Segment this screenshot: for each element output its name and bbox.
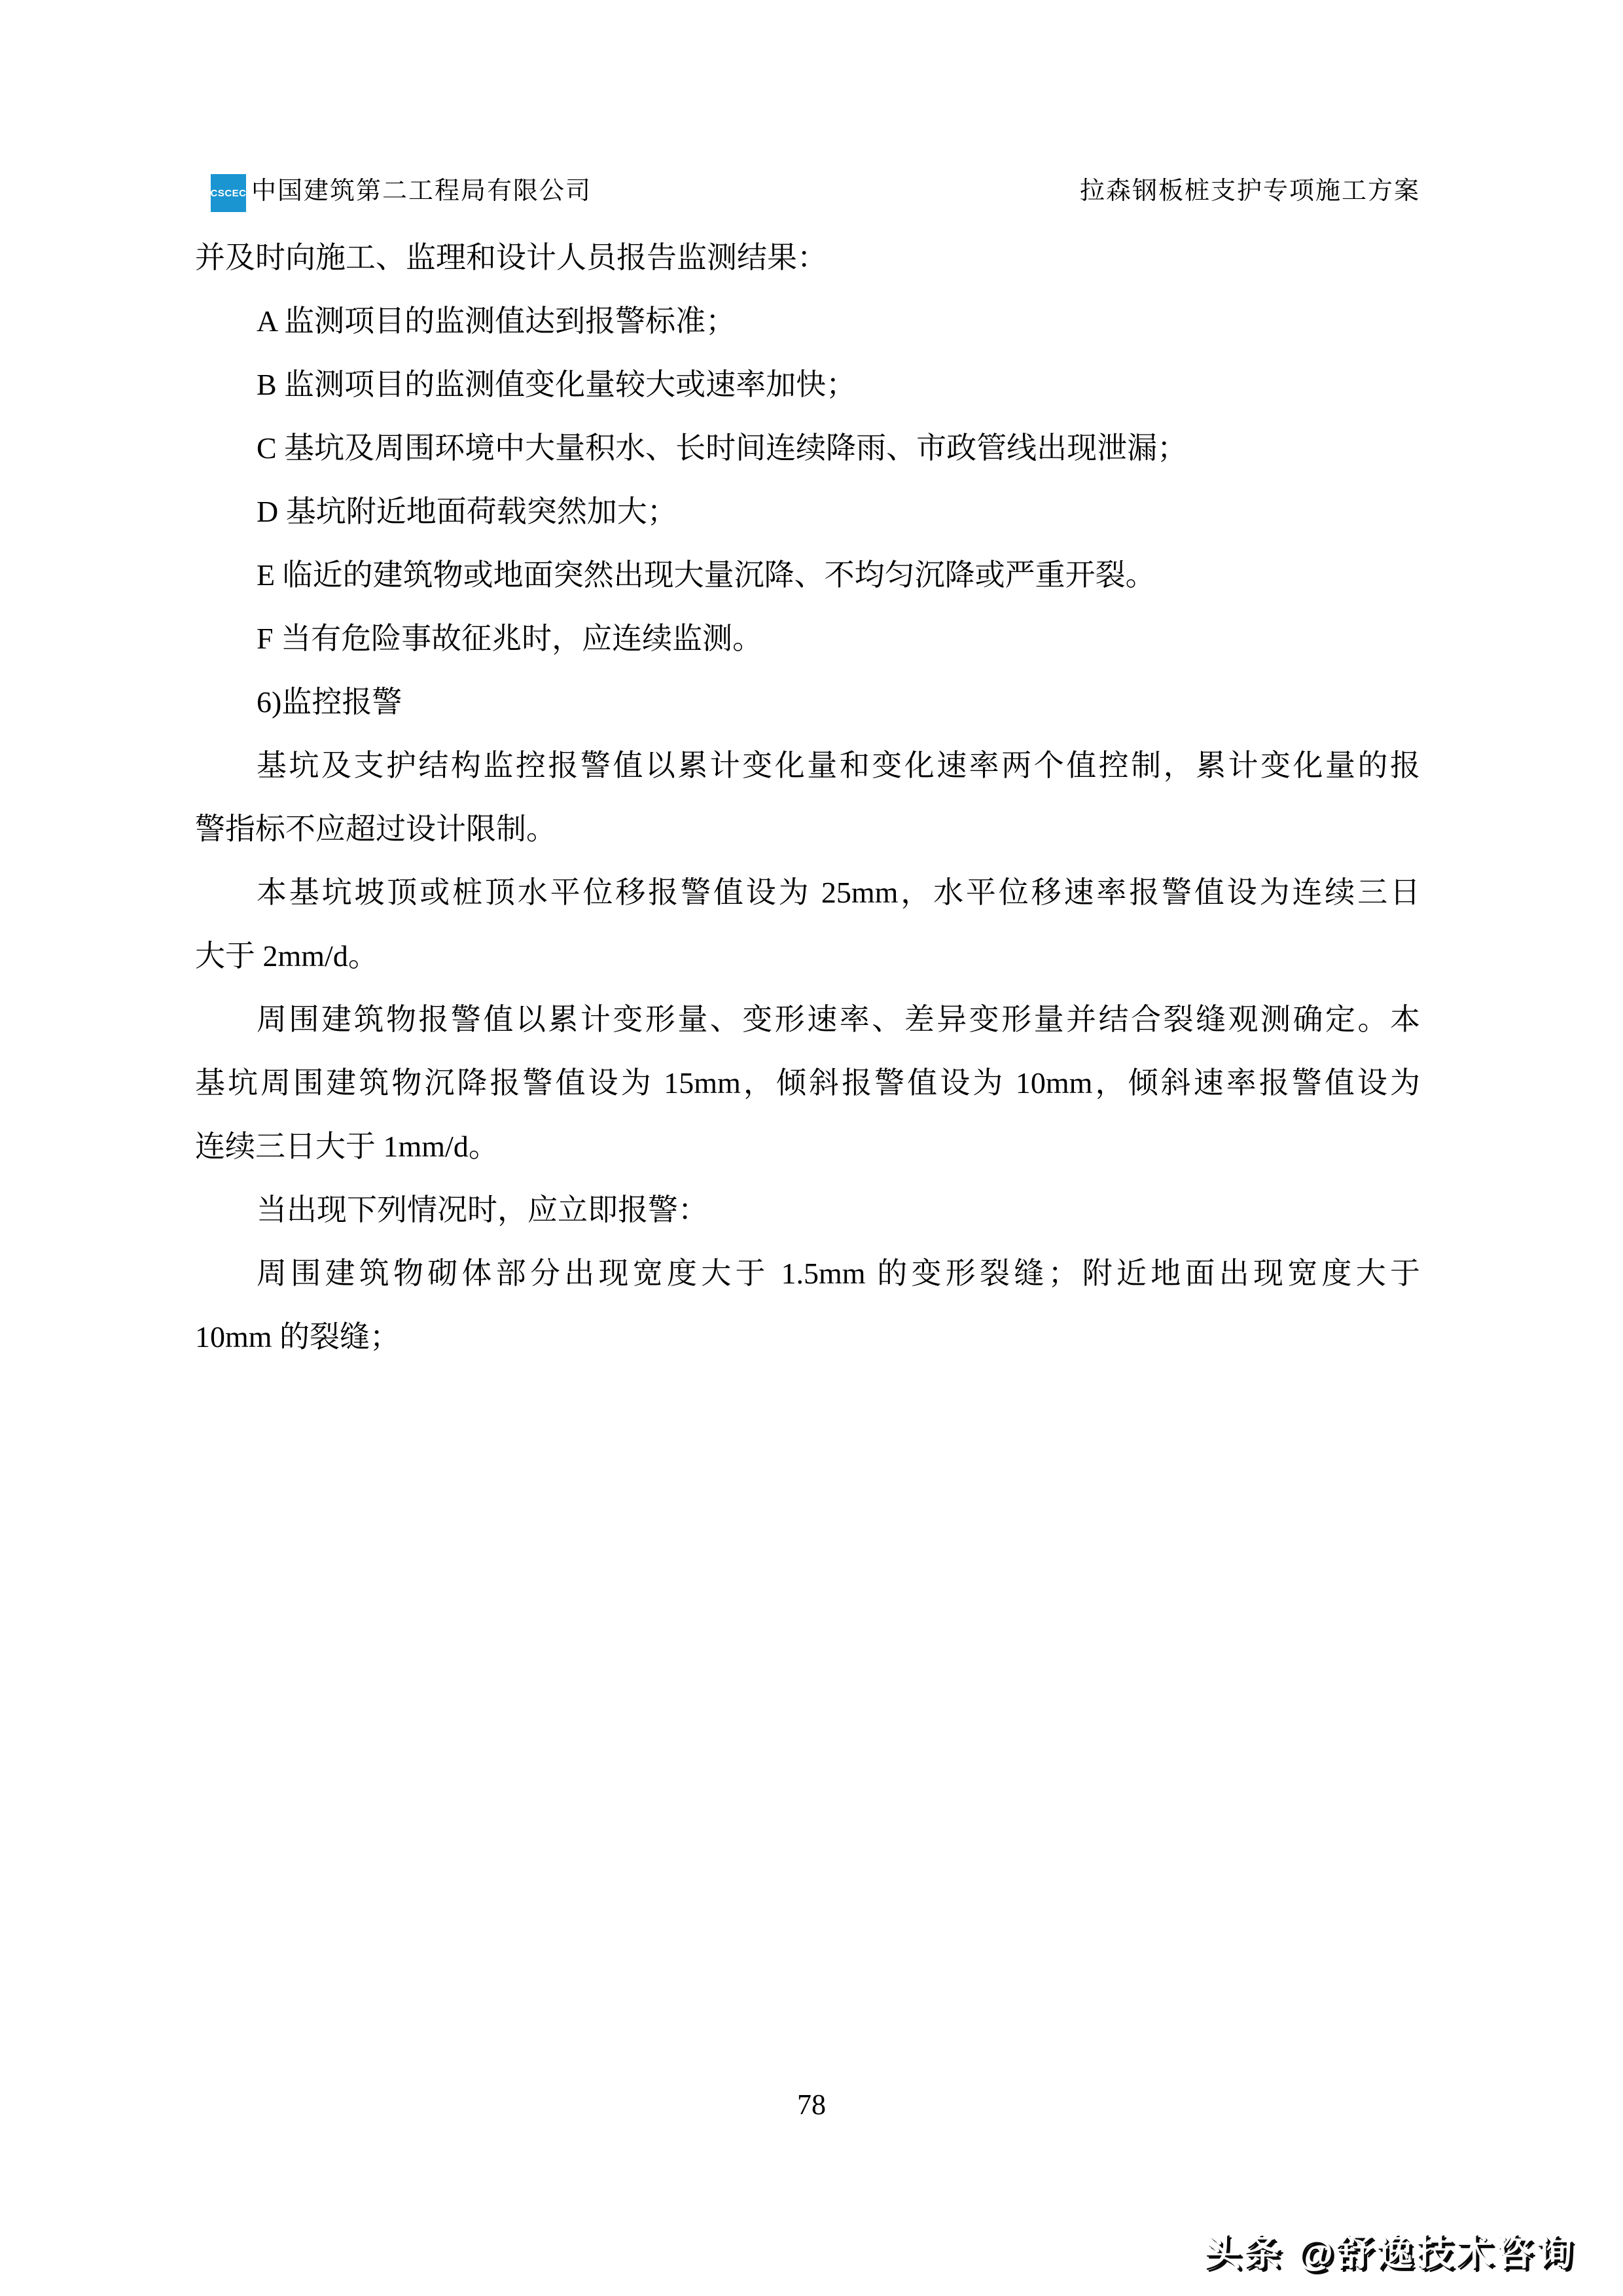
body-line: 周围建筑物砌体部分出现宽度大于 1.5mm 的变形裂缝；附近地面出现宽度大于 (195, 1242, 1420, 1305)
body-line: 基坑周围建筑物沉降报警值设为 15mm，倾斜报警值设为 10mm，倾斜速率报警值… (195, 1051, 1420, 1115)
cscec-logo-icon: CSCEC (211, 174, 246, 212)
body-line: 并及时向施工、监理和设计人员报告监测结果： (195, 226, 1420, 289)
body-line: F 当有危险事故征兆时，应连续监测。 (195, 607, 1420, 670)
page-number: 78 (0, 2088, 1623, 2121)
body-line: A 监测项目的监测值达到报警标准； (195, 289, 1420, 353)
body-line: D 基坑附近地面荷载突然加大； (195, 480, 1420, 543)
document-page: CSCEC 中国建筑第二工程局有限公司 拉森钢板桩支护专项施工方案 并及时向施工… (0, 0, 1623, 2296)
cscec-logo-text: CSCEC (211, 188, 247, 199)
body-line: B 监测项目的监测值变化量较大或速率加快； (195, 353, 1420, 416)
body-line: 当出现下列情况时，应立即报警： (195, 1178, 1420, 1242)
body-line: 连续三日大于 1mm/d。 (195, 1115, 1420, 1178)
body-line: 警指标不应超过设计限制。 (195, 797, 1420, 861)
body-line: 周围建筑物报警值以累计变形量、变形速率、差异变形量并结合裂缝观测确定。本 (195, 988, 1420, 1051)
document-body: 并及时向施工、监理和设计人员报告监测结果： A 监测项目的监测值达到报警标准； … (195, 226, 1420, 1369)
body-line: 大于 2mm/d。 (195, 924, 1420, 988)
document-title: 拉森钢板桩支护专项施工方案 (1080, 177, 1420, 206)
body-line: 本基坑坡顶或桩顶水平位移报警值设为 25mm，水平位移速率报警值设为连续三日 (195, 861, 1420, 924)
company-name: 中国建筑第二工程局有限公司 (251, 177, 592, 206)
body-line: 基坑及支护结构监控报警值以累计变化量和变化速率两个值控制，累计变化量的报 (195, 734, 1420, 797)
body-line: C 基坑及周围环境中大量积水、长时间连续降雨、市政管线出现泄漏； (195, 416, 1420, 480)
body-line: E 临近的建筑物或地面突然出现大量沉降、不均匀沉降或严重开裂。 (195, 543, 1420, 607)
toutiao-watermark: 头条 @舒逸技术咨询 (1204, 2224, 1576, 2276)
body-line: 10mm 的裂缝； (195, 1305, 1420, 1369)
body-line: 6)监控报警 (195, 670, 1420, 734)
